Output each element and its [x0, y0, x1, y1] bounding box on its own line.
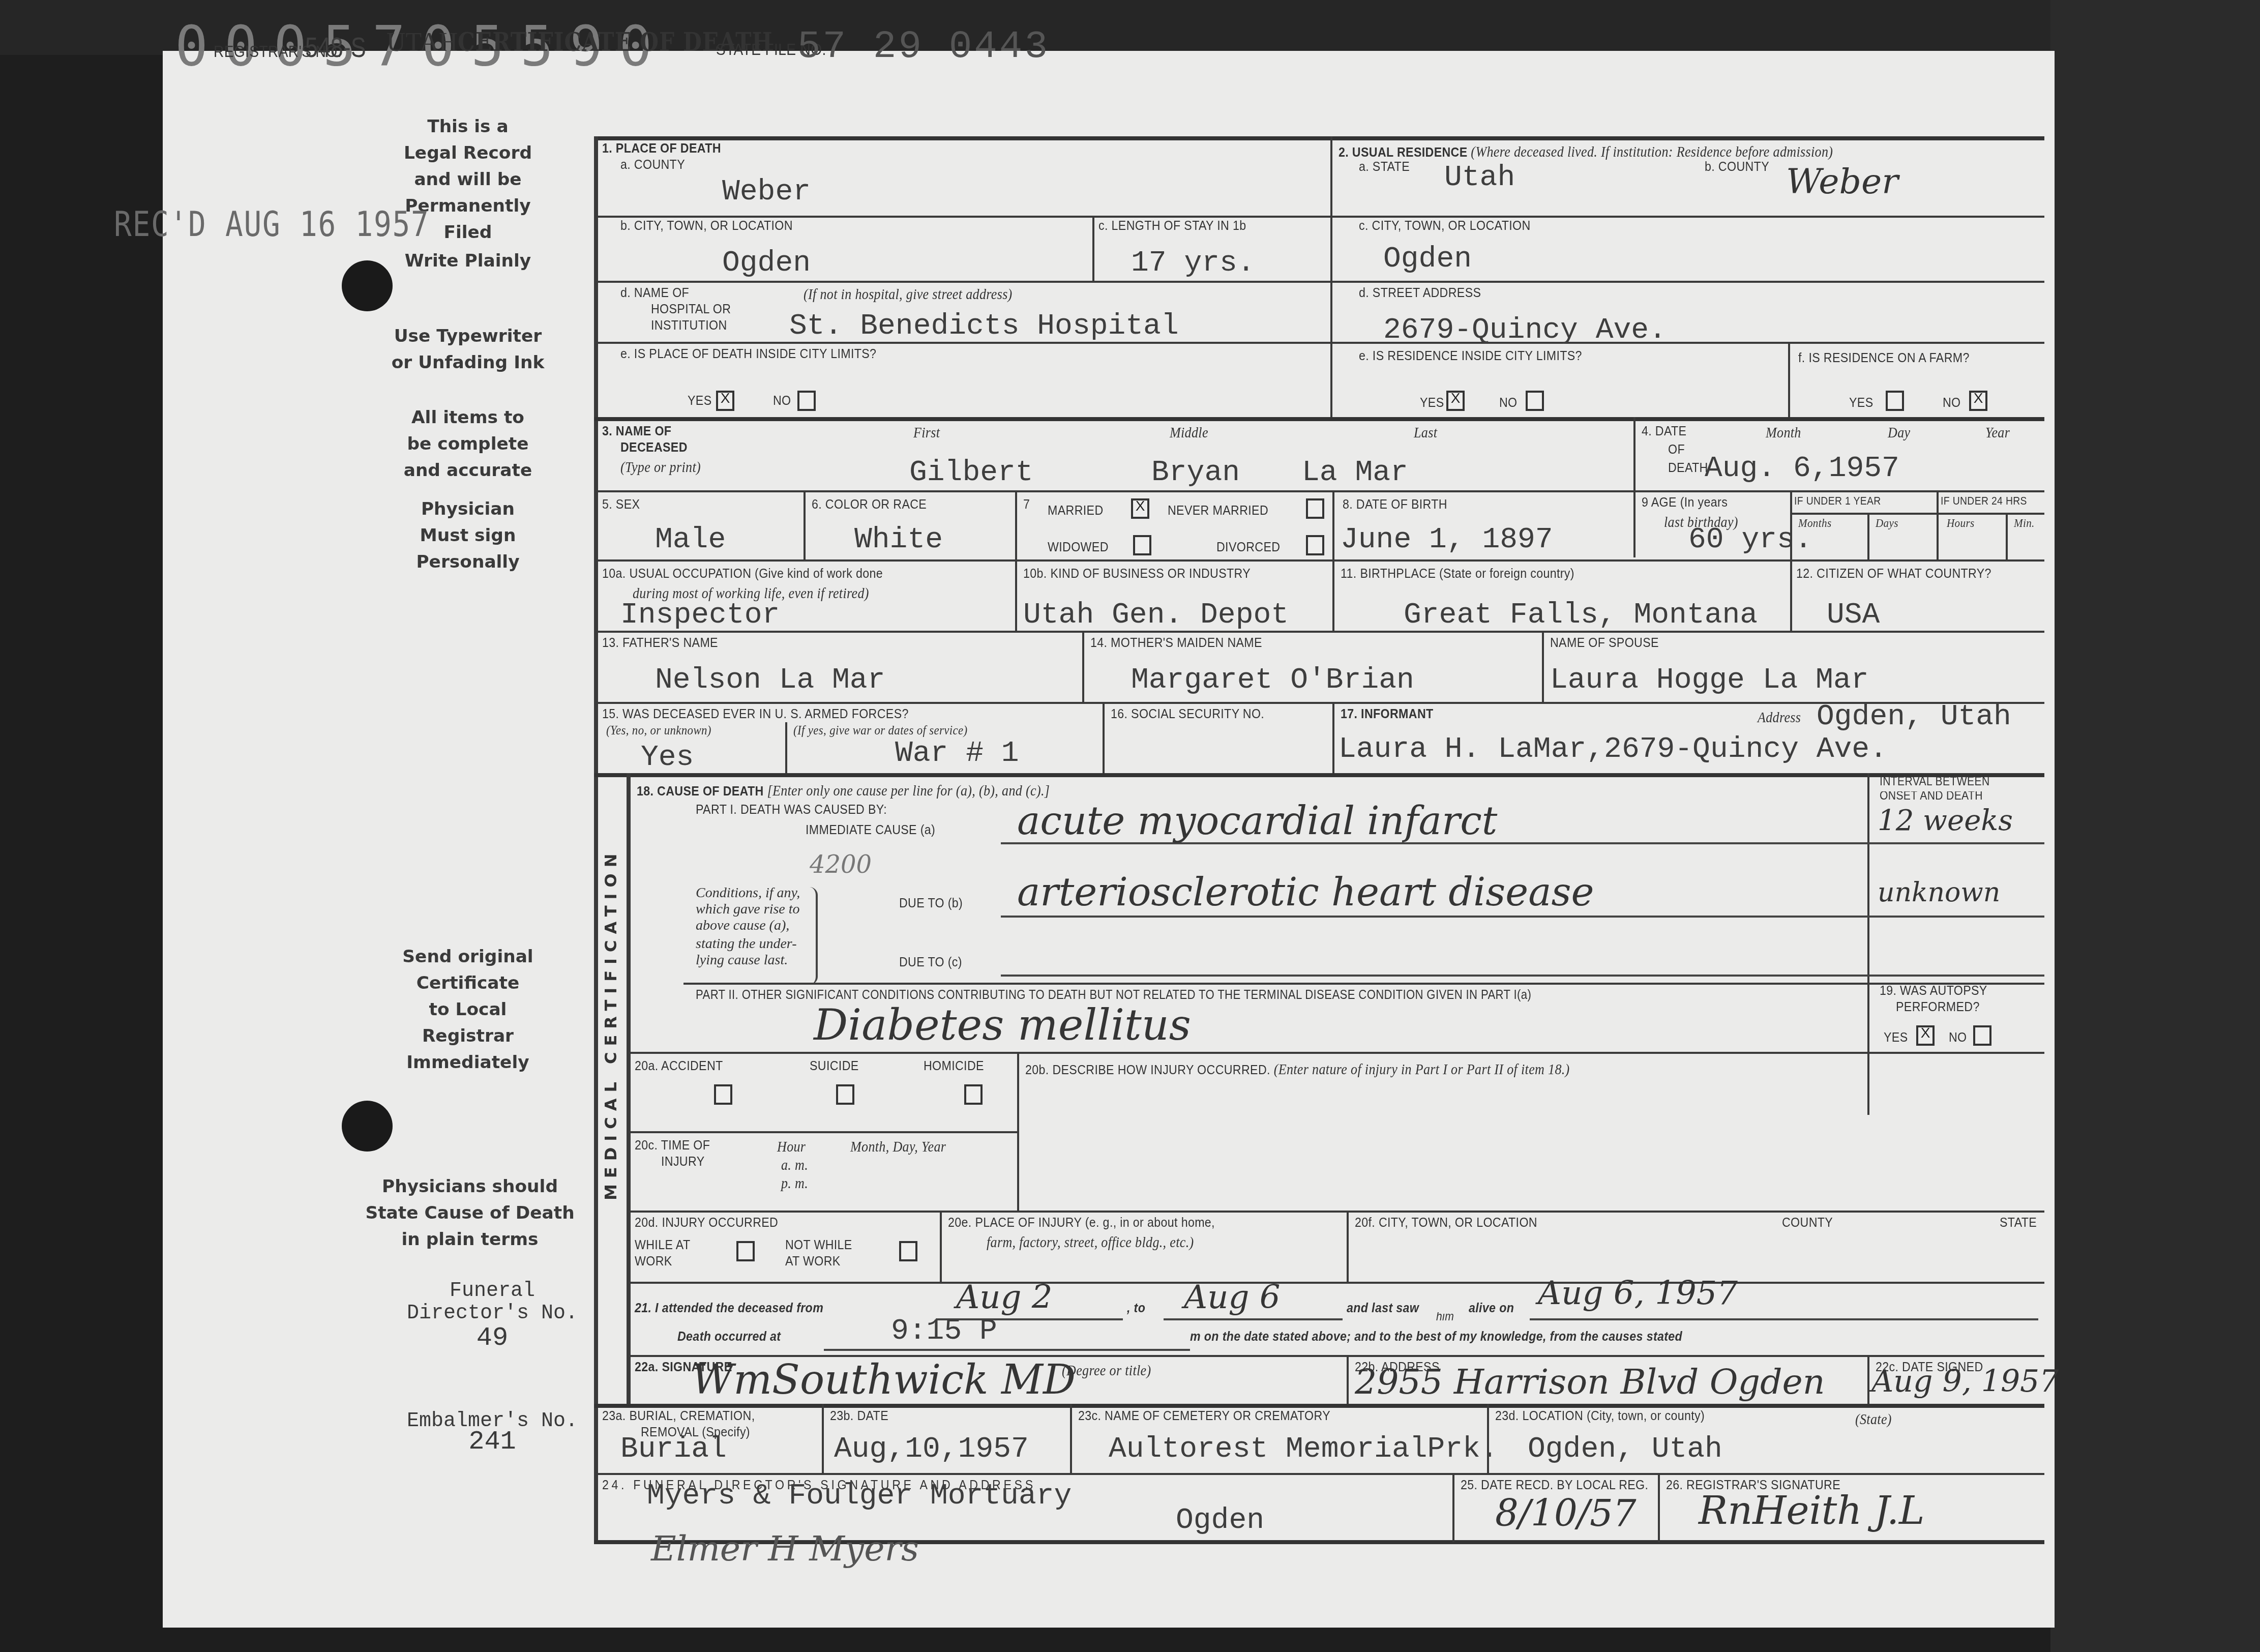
divider	[627, 1052, 2044, 1054]
due-to-c-label: DUE TO (c)	[899, 956, 962, 970]
date-of-death: Aug. 6,1957	[1705, 454, 1899, 486]
race: White	[854, 525, 943, 557]
sex: Male	[655, 525, 726, 557]
under-24-hrs-label: IF UNDER 24 HRS	[1941, 496, 2027, 509]
middle-label: Middle	[1170, 423, 1208, 441]
farm-no-checkbox[interactable]: X	[1969, 391, 1987, 411]
armed-forces-label: 15. WAS DECEASED EVER IN U. S. ARMED FOR…	[602, 708, 909, 722]
armed-forces: Yes	[641, 743, 694, 775]
homicide-checkbox[interactable]	[964, 1084, 983, 1105]
divider	[594, 417, 2044, 422]
cause-label: 18. CAUSE OF DEATH [Enter only one cause…	[637, 781, 1050, 800]
hour-label: Hour	[777, 1137, 806, 1156]
while-work-label-2: WORK	[635, 1255, 672, 1270]
form-left-border	[594, 136, 598, 1542]
attended-label: 21. I attended the deceased from	[635, 1302, 823, 1316]
injury-description-label: 20b. DESCRIBE HOW INJURY OCCURRED. (Ente…	[1025, 1060, 1570, 1078]
married-checkbox[interactable]: X	[1131, 498, 1149, 519]
occupation-label-1: 10a. USUAL OCCUPATION (Give kind of work…	[602, 568, 883, 582]
divorced-checkbox[interactable]	[1306, 535, 1324, 555]
underline	[1530, 1318, 2038, 1320]
divider	[2006, 513, 2008, 559]
while-at-work-checkbox[interactable]	[736, 1241, 755, 1261]
divider	[683, 983, 2044, 985]
death-date-label-1: 4. DATE	[1642, 425, 1686, 439]
alive-on-label: alive on	[1469, 1302, 1514, 1316]
last-saw-alive-date: Aug 6, 1957	[1538, 1274, 1738, 1312]
title-prefix: UTAH	[386, 26, 458, 59]
mother-maiden-name: Margaret O'Brian	[1131, 665, 1414, 698]
farm-yes-checkbox[interactable]	[1886, 391, 1904, 411]
armed-hint-2: (If yes, give war or dates of service)	[793, 724, 968, 739]
res-state-label: a. STATE	[1359, 161, 1410, 175]
death-date-label-2: OF	[1668, 444, 1685, 458]
divider	[1092, 216, 1095, 281]
divider	[1082, 631, 1085, 702]
attended-to: Aug 6	[1184, 1278, 1281, 1316]
autopsy-yes-checkbox[interactable]: X	[1916, 1025, 1935, 1046]
stay-label: c. LENGTH OF STAY IN 1b	[1098, 220, 1246, 234]
immediate-cause-label: IMMEDIATE CAUSE (a)	[806, 824, 935, 838]
hospital-hint: (If not in hospital, give street address…	[804, 285, 1013, 303]
place-of-death-label: 1. PLACE OF DEATH	[602, 142, 721, 157]
not-while-label-2: AT WORK	[785, 1255, 841, 1270]
divider	[594, 559, 2044, 562]
business-label: 10b. KIND OF BUSINESS OR INDUSTRY	[1023, 568, 1251, 582]
divider	[804, 490, 806, 559]
punch-hole-bottom	[342, 1101, 393, 1152]
to-label: , to	[1127, 1302, 1145, 1316]
yes-label: YES	[1884, 1031, 1908, 1046]
race-label: 6. COLOR OR RACE	[812, 498, 927, 513]
res-city-limits-no-checkbox[interactable]	[1526, 391, 1544, 411]
spouse-label: NAME OF SPOUSE	[1550, 637, 1659, 651]
divider	[627, 1282, 2044, 1284]
while-work-label-1: WHILE AT	[635, 1239, 690, 1253]
suicide-checkbox[interactable]	[836, 1084, 854, 1105]
deceased-first-name: Gilbert	[909, 458, 1033, 490]
disposition-date: Aug,10,1957	[834, 1434, 1029, 1467]
ssn-label: 16. SOCIAL SECURITY NO.	[1111, 708, 1264, 722]
interval-a: 12 weeks	[1878, 806, 2013, 838]
no-label: NO	[773, 395, 791, 409]
autopsy-label-2: PERFORMED?	[1896, 1001, 1980, 1015]
disposition-method: Burial	[620, 1434, 727, 1467]
state-label: (State)	[1855, 1410, 1892, 1428]
hospital-label-3: INSTITUTION	[651, 319, 727, 334]
physician-signature: WmSouthwick MD	[692, 1355, 1076, 1404]
name-label-2: DECEASED	[620, 441, 688, 456]
underline	[1001, 975, 1867, 977]
hospital-name: St. Benedicts Hospital	[789, 311, 1179, 344]
sex-label: 5. SEX	[602, 498, 640, 513]
father-name: Nelson La Mar	[655, 665, 885, 698]
injury-occurred-label: 20d. INJURY OCCURRED	[635, 1217, 778, 1231]
armed-hint-1: (Yes, no, or unknown)	[606, 724, 711, 739]
divider	[1347, 1355, 1349, 1404]
county-label: a. COUNTY	[620, 159, 685, 173]
place-of-injury-hint: farm, factory, street, office bldg., etc…	[987, 1233, 1194, 1251]
never-married-label: NEVER MARRIED	[1168, 505, 1268, 519]
time-of-death: 9:15 P	[891, 1316, 997, 1349]
disposition-date-label: 23b. DATE	[830, 1410, 888, 1424]
part1-label: PART I. DEATH WAS CAUSED BY:	[696, 804, 887, 818]
received-stamp: REC'D AUG 16 1957	[114, 205, 430, 246]
typewriter-note: Use Typewriteror Unfading Ink	[346, 326, 590, 378]
divider	[627, 773, 631, 1404]
under-1-year-label: IF UNDER 1 YEAR	[1794, 496, 1881, 509]
interval-label-1: INTERVAL BETWEEN	[1880, 777, 1990, 789]
last-label: Last	[1414, 423, 1437, 441]
funeral-home: Myers & Foulger Mortuary	[647, 1481, 1072, 1514]
spouse-name: Laura Hogge La Mar	[1550, 665, 1869, 698]
suicide-label: SUICIDE	[810, 1060, 859, 1074]
informant-address: Ogden, Utah	[1817, 702, 2011, 734]
time-of-injury-label-2: INJURY	[661, 1156, 705, 1170]
no-label: NO	[1499, 397, 1518, 411]
city-label: b. CITY, TOWN, OR LOCATION	[620, 220, 793, 234]
due-to-b-label: DUE TO (b)	[899, 897, 963, 911]
res-county-label: b. COUNTY	[1705, 161, 1769, 175]
form-top-border	[594, 136, 2044, 141]
cemetery-label: 23c. NAME OF CEMETERY OR CREMATORY	[1078, 1410, 1330, 1424]
res-state: Utah	[1444, 163, 1515, 195]
widowed-label: WIDOWED	[1048, 541, 1109, 555]
divider	[940, 1211, 942, 1282]
informant-label: 17. INFORMANT	[1341, 708, 1434, 722]
autopsy-no-checkbox[interactable]	[1973, 1025, 1991, 1046]
accident-label: 20a. ACCIDENT	[635, 1060, 723, 1074]
birthplace-label: 11. BIRTHPLACE (State or foreign country…	[1341, 568, 1574, 582]
interval-b: unknown	[1878, 879, 2000, 909]
underline	[1867, 842, 2044, 844]
city-limits-label: e. IS PLACE OF DEATH INSIDE CITY LIMITS?	[620, 348, 876, 362]
homicide-label: HOMICIDE	[924, 1060, 984, 1074]
res-city-limits-label: e. IS RESIDENCE INSIDE CITY LIMITS?	[1359, 350, 1582, 364]
hours-label: Hours	[1947, 519, 1975, 531]
death-county: Weber	[722, 177, 811, 210]
disposition-label-1: 23a. BURIAL, CREMATION,	[602, 1410, 755, 1424]
divider	[1452, 1473, 1455, 1542]
father-label: 13. FATHER'S NAME	[602, 637, 718, 651]
mother-label: 14. MOTHER'S MAIDEN NAME	[1090, 637, 1262, 651]
accident-checkbox[interactable]	[714, 1084, 732, 1105]
him-label: him	[1436, 1312, 1454, 1324]
embalmer-no: 241	[370, 1430, 614, 1453]
immediate-cause: acute myocardial infarct	[1017, 800, 1497, 844]
underline	[1164, 1318, 1343, 1320]
divider	[594, 773, 2044, 778]
marital-num: 7	[1023, 498, 1030, 513]
informant: Laura H. LaMar,2679-Quincy Ave.	[1339, 734, 1887, 767]
death-city-limits-no-checkbox[interactable]	[797, 391, 816, 411]
location-label: 23d. LOCATION (City, town, or county)	[1495, 1410, 1705, 1424]
punch-hole-top	[342, 260, 393, 311]
hospital-label-2: HOSPITAL OR	[651, 303, 731, 317]
res-county: Weber	[1786, 163, 1898, 203]
medical-certification-label: MEDICAL CERTIFICATION	[602, 848, 620, 1201]
injury-county-label: COUNTY	[1782, 1217, 1833, 1231]
divider	[1658, 1473, 1660, 1542]
conditions-note: Conditions, if any,which gave rise toabo…	[696, 885, 800, 968]
autopsy-label-1: 19. WAS AUTOPSY	[1880, 985, 1987, 999]
street-label: d. STREET ADDRESS	[1359, 287, 1481, 301]
divider	[1790, 513, 2044, 515]
month-day-year-label: Month, Day, Year	[850, 1137, 946, 1156]
war-service: War # 1	[895, 739, 1019, 771]
attended-from: Aug 2	[956, 1278, 1053, 1316]
injury-city-label: 20f. CITY, TOWN, OR LOCATION	[1355, 1217, 1537, 1231]
res-city-label: c. CITY, TOWN, OR LOCATION	[1359, 220, 1531, 234]
divider	[594, 216, 2044, 218]
place-of-injury-label: 20e. PLACE OF INJURY (e. g., in or about…	[948, 1217, 1215, 1231]
state-file-no: 57 29 0443	[797, 24, 1050, 69]
name-label-1: 3. NAME OF	[602, 425, 671, 439]
business: Utah Gen. Depot	[1023, 600, 1289, 633]
divider	[1017, 1052, 1020, 1211]
scan-right-border	[2050, 0, 2260, 1652]
divider	[822, 1404, 824, 1473]
divider	[1070, 1404, 1073, 1473]
no-label: NO	[1943, 397, 1961, 411]
widowed-checkbox[interactable]	[1133, 535, 1151, 555]
age-label-1: 9 AGE (In years	[1642, 496, 1728, 511]
res-city: Ogden	[1383, 244, 1472, 277]
pm-label: p. m.	[781, 1174, 808, 1192]
deceased-middle-name: Bryan	[1151, 458, 1240, 490]
date-received: 8/10/57	[1495, 1493, 1637, 1536]
day-label: Day	[1888, 423, 1910, 441]
usual-residence-label: 2. USUAL RESIDENCE (Where deceased lived…	[1339, 142, 1833, 161]
divider	[785, 722, 788, 773]
res-street: 2679-Quincy Ave.	[1383, 315, 1667, 348]
yes-label: YES	[688, 395, 712, 409]
no-label: NO	[1949, 1031, 1967, 1046]
not-while-label-1: NOT WHILE	[785, 1239, 852, 1253]
last-saw-label: and last saw	[1347, 1302, 1419, 1316]
divider	[1347, 1211, 1349, 1282]
date-recd-label: 25. DATE RECD. BY LOCAL REG.	[1461, 1479, 1648, 1493]
days-label: Days	[1876, 519, 1898, 531]
due-to-b: arteriosclerotic heart disease	[1017, 871, 1594, 916]
citizenship: USA	[1827, 600, 1880, 633]
cemetery-name: Aultorest MemorialPrk.	[1109, 1434, 1498, 1467]
death-city: Ogden	[722, 248, 811, 281]
yes-label: YES	[1420, 397, 1444, 411]
never-married-checkbox[interactable]	[1306, 498, 1324, 519]
divider	[627, 1211, 2044, 1213]
death-time-label: Death occurred at	[677, 1331, 781, 1345]
name-label-3: (Type or print)	[620, 458, 701, 476]
citizen-label: 12. CITIZEN OF WHAT COUNTRY?	[1796, 568, 1991, 582]
divider	[1867, 513, 1870, 559]
send-original-note: Send originalCertificateto LocalRegistra…	[346, 946, 590, 1078]
underline	[1867, 916, 2044, 918]
death-time-suffix: m on the date stated above; and to the b…	[1190, 1331, 1682, 1345]
married-label: MARRIED	[1048, 505, 1104, 519]
burial-location: Ogden, Utah	[1528, 1434, 1722, 1467]
divider	[1103, 702, 1105, 773]
divider	[1332, 702, 1335, 773]
occupation-label-2: during most of working life, even if ret…	[633, 584, 869, 602]
am-label: a. m.	[781, 1156, 808, 1174]
death-city-limits-yes-checkbox[interactable]: X	[716, 391, 734, 411]
not-while-at-work-checkbox[interactable]	[899, 1241, 917, 1261]
divider	[1542, 631, 1544, 702]
divorced-label: DIVORCED	[1216, 541, 1280, 555]
funeral-director-no-label: FuneralDirector's No.	[370, 1282, 614, 1326]
res-city-limits-yes-checkbox[interactable]: X	[1446, 391, 1465, 411]
divider	[594, 1404, 2044, 1408]
conditions-bracket	[808, 887, 818, 985]
length-of-stay: 17 yrs.	[1131, 248, 1255, 281]
divider	[1788, 342, 1791, 417]
divider	[627, 1131, 1017, 1134]
interval-label-2: ONSET AND DEATH	[1880, 791, 1983, 804]
divider	[1937, 490, 1939, 559]
underline	[1001, 916, 1867, 918]
divider	[594, 281, 2044, 283]
injury-state-label: STATE	[2000, 1217, 2037, 1231]
date-signed: Aug 9, 1957	[1871, 1363, 2059, 1400]
registrar-signature: RnHeith J.L	[1699, 1489, 1925, 1534]
birth-label: 8. DATE OF BIRTH	[1343, 498, 1447, 513]
divider	[1330, 136, 1333, 417]
birthplace: Great Falls, Montana	[1404, 600, 1758, 633]
year-label: Year	[1985, 423, 2010, 441]
registrars-no: 548-S	[305, 31, 366, 63]
funeral-home-city: Ogden	[1176, 1506, 1264, 1538]
age: 60 yrs.	[1688, 525, 1812, 557]
part2-conditions: Diabetes mellitus	[814, 1001, 1191, 1050]
divider	[594, 1473, 2044, 1476]
time-of-injury-label-1: 20c. TIME OF	[635, 1139, 710, 1154]
informant-address-label: Address	[1758, 708, 1801, 726]
divider	[594, 490, 2044, 493]
physician-sign-note: PhysicianMust signPersonally	[346, 498, 590, 578]
physician-address: 2955 Harrison Blvd Ogden	[1355, 1363, 1825, 1404]
min-label: Min.	[2014, 519, 2035, 531]
death-date-label-3: DEATH	[1668, 462, 1708, 476]
date-of-birth: June 1, 1897	[1341, 525, 1553, 557]
complete-accurate-note: All items tobe completeand accurate	[346, 407, 590, 486]
underline	[824, 1349, 1190, 1351]
month-label: Month	[1766, 423, 1801, 441]
occupation: Inspector	[620, 600, 780, 633]
months-label: Months	[1798, 519, 1832, 531]
divider	[1633, 417, 1636, 557]
yes-label: YES	[1849, 397, 1874, 411]
cause-code-note: 4200	[810, 850, 872, 879]
divider	[1867, 773, 1870, 1115]
hospital-label-1: d. NAME OF	[620, 287, 689, 301]
divider	[1867, 1355, 1870, 1404]
farm-label: f. IS RESIDENCE ON A FARM?	[1798, 352, 1970, 366]
funeral-director-no: 49	[370, 1326, 614, 1349]
deceased-last-name: La Mar	[1302, 458, 1408, 490]
underline	[1867, 975, 2044, 977]
cause-plain-terms-note: Physicians shouldState Cause of Deathin …	[338, 1176, 602, 1255]
funeral-director-signature: Elmer H Myers	[651, 1530, 919, 1571]
first-label: First	[913, 423, 940, 441]
